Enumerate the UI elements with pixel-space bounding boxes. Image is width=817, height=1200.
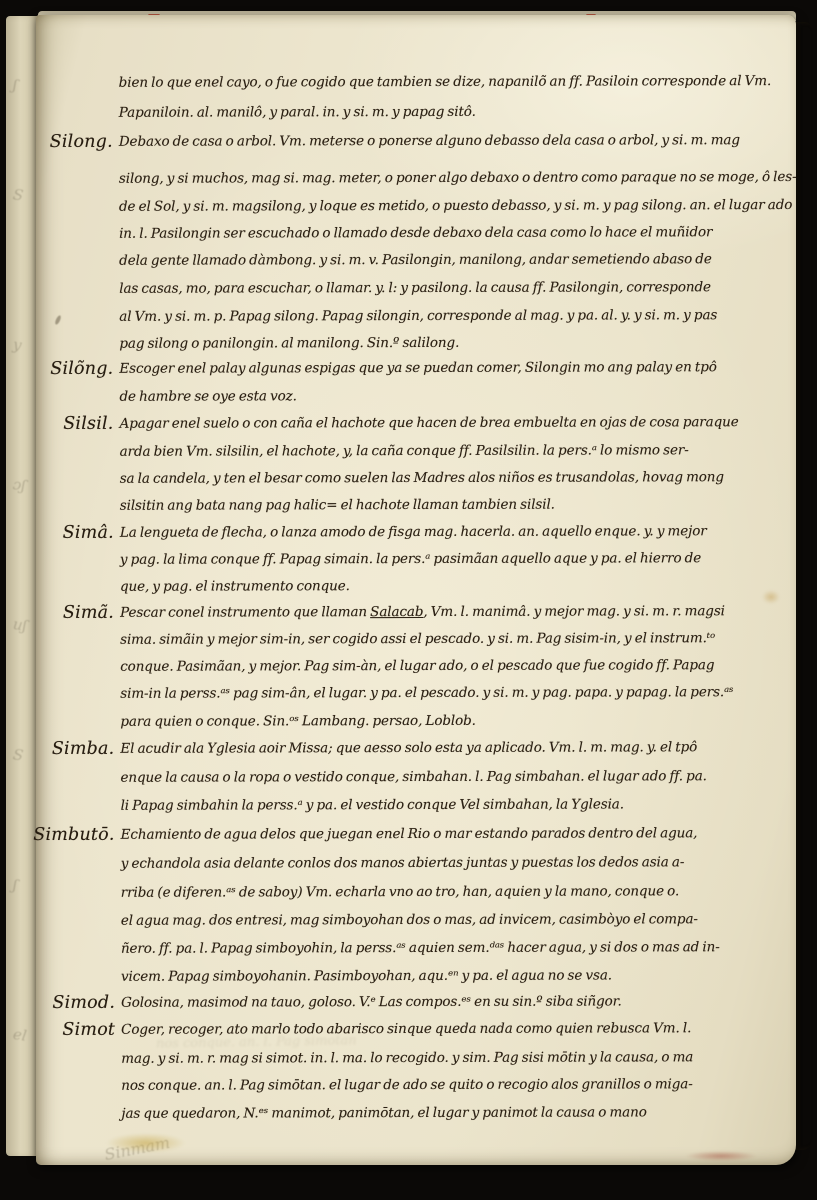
line-text: mag. y si. m. r. mag si simot. in. l. ma… [121,1049,693,1066]
line-text: sima. simãin y mejor sim-in, ser cogido … [120,630,715,648]
line-text: Pescar conel instrumento que llaman Sala… [120,603,725,621]
manuscript-line: sima. simãin y mejor sim-in, ser cogido … [120,628,715,652]
line-text: Escoger enel palay algunas espigas que y… [119,359,716,377]
line-text: ñero. ff. pa. l. Papag simboyohin, la pe… [121,939,720,957]
line-text: bien lo que enel cayo, o fue cogido que … [119,73,772,91]
manuscript-line: rriba (e diferen.ᵃˢ de saboy) Vm. echarl… [121,881,679,904]
line-text: jas que quedaron, N.ᵉˢ manimot, panimōta… [121,1104,646,1121]
manuscript-line: vicem. Papag simboyohanin. Pasimboyohan,… [121,965,612,988]
manuscript-line: sim-in la perss.ᵃˢ pag sim-ân, el lugar.… [120,682,733,706]
manuscript-line: silsitin ang bata nang pag halic= el hac… [120,495,555,518]
manuscript-line: enque la causa o la ropa o vestido conqu… [120,766,706,790]
ghost-ink-mark: S [12,185,25,204]
manuscript-line: jas que quedaron, N.ᵉˢ manimot, panimōta… [121,1102,646,1125]
scanned-manuscript-photo: { "manuscript": { "ghost_word": "Sinmam"… [0,0,817,1200]
manuscript-line: dela gente llamado dàmbong. y si. m. v. … [119,249,712,273]
manuscript-line: Silsil.Apagar enel suelo o con caña el h… [120,412,739,436]
manuscript-line: Simã.Pescar conel instrumento que llaman… [120,601,725,625]
entry-headword: Silõng. [50,359,113,379]
handwritten-text-block: bien lo que enel cayo, o fue cogido que … [34,14,797,1166]
line-text: in. l. Pasilongin ser escuchado o llamad… [119,224,712,242]
line-text: sa la candela, y ten el besar como suele… [120,469,724,487]
line-text: para quien o conque. Sin.ᵒˢ Lambang. per… [120,713,476,730]
manuscript-line: Silong.Debaxo de casa o arbol. Vm. meter… [119,130,740,154]
manuscript-page: bien lo que enel cayo, o fue cogido que … [36,15,796,1165]
book-fore-edge [795,22,813,1150]
manuscript-line: de el Sol, y si. m. magsilong, y loque e… [119,195,792,219]
ghost-ink-mark: ʃ [12,876,19,894]
line-text: li Papag simbahin la perss.ᵃ y pa. el ve… [121,796,624,813]
line-text: conque. Pasimãan, y mejor. Pag sim-àn, e… [120,657,714,675]
entry-headword: Simã. [63,603,114,623]
ghost-ink-mark: el [12,1025,28,1045]
manuscript-line: Papaniloin. al. manilô, y paral. in. y s… [119,102,476,125]
manuscript-line: arda bien Vm. silsilin, el hachote, y, l… [120,440,689,463]
entry-headword: Silong. [50,132,113,152]
line-text: sim-in la perss.ᵃˢ pag sim-ân, el lugar.… [120,684,733,702]
line-text: Echamiento de agua delos que juegan enel… [121,825,698,843]
line-text: al Vm. y si. m. p. Papag silong. Papag s… [119,307,717,325]
manuscript-line: sa la candela, y ten el besar como suele… [120,467,724,491]
line-text: pag silong o panilongin. al manilong. Si… [119,335,459,352]
underlined-word: Salacab [370,604,423,620]
ghost-ink-mark: y [12,335,23,354]
entry-headword: Simba. [52,739,115,759]
line-text: dela gente llamado dàmbong. y si. m. v. … [119,251,712,269]
entry-headword: Simot [62,1020,115,1040]
ghost-ink-mark: ɔʃ [12,475,27,495]
entry-headword: Simod. [52,993,115,1013]
manuscript-line: de hambre se oye esta voz. [119,386,296,408]
manuscript-line: in. l. Pasilongin ser escuchado o llamad… [119,222,712,246]
ghost-ink-mark: ʃ [12,76,19,94]
manuscript-line: al Vm. y si. m. p. Papag silong. Papag s… [119,305,717,329]
manuscript-line: conque. Pasimãan, y mejor. Pag sim-àn, e… [120,655,714,679]
line-text: Papaniloin. al. manilô, y paral. in. y s… [119,104,476,121]
previous-page-edge: ʃSyɔʃuʃSʃel [6,16,38,1156]
line-text: que, y pag. el instrumento conque. [120,578,350,595]
line-text: de hambre se oye esta voz. [119,388,296,404]
ghost-ink-mark: uʃ [12,615,28,635]
line-text: La lengueta de flecha, o lanza amodo de … [120,523,707,541]
line-text: las casas, mo, para escuchar, o llamar. … [119,279,711,297]
line-text: y echandola asia delante conlos dos mano… [121,854,685,871]
line-text: silsitin ang bata nang pag halic= el hac… [120,497,555,514]
line-text: El acudir ala Yglesia aoir Missa; que ae… [120,739,697,757]
manuscript-line: ñero. ff. pa. l. Papag simboyohin, la pe… [121,937,720,961]
line-text: Golosina, masimod na tauo, goloso. V.ᵉ L… [121,993,622,1010]
line-text: rriba (e diferen.ᵃˢ de saboy) Vm. echarl… [121,883,679,900]
line-text: de el Sol, y si. m. magsilong, y loque e… [119,197,792,215]
line-text: y pag. la lima conque ff. Papag simain. … [120,550,701,568]
entry-headword: Simâ. [63,523,114,543]
line-text: el agua mag. dos entresi, mag simboyohan… [121,911,698,929]
manuscript-line: Simâ.La lengueta de flecha, o lanza amod… [120,521,707,545]
line-text: enque la causa o la ropa o vestido conqu… [120,768,706,786]
line-text: silong, y si muchos, mag si. mag. meter,… [119,169,797,187]
manuscript-line: mag. y si. m. r. mag si simot. in. l. ma… [121,1047,693,1070]
manuscript-line: Simba.El acudir ala Yglesia aoir Missa; … [120,737,697,761]
manuscript-line: pag silong o panilongin. al manilong. Si… [119,333,459,356]
manuscript-line: bien lo que enel cayo, o fue cogido que … [119,71,772,95]
entry-headword: Silsil. [63,414,113,434]
line-text: Apagar enel suelo o con caña el hachote … [120,414,739,432]
manuscript-line: silong, y si muchos, mag si. mag. meter,… [119,167,797,191]
line-text: nos conque. an. l. Pag simōtan. el lugar… [121,1076,692,1093]
manuscript-line: para quien o conque. Sin.ᵒˢ Lambang. per… [120,711,476,734]
manuscript-line: li Papag simbahin la perss.ᵃ y pa. el ve… [121,794,624,817]
line-text: Debaxo de casa o arbol. Vm. meterse o po… [119,132,740,150]
manuscript-line: Simod.Golosina, masimod na tauo, goloso.… [121,991,622,1014]
manuscript-line: Simbutō.Echamiento de agua delos que jue… [121,823,698,847]
manuscript-line: las casas, mo, para escuchar, o llamar. … [119,277,711,301]
manuscript-line: el agua mag. dos entresi, mag simboyohan… [121,909,698,933]
manuscript-line: Silõng.Escoger enel palay algunas espiga… [119,357,716,381]
manuscript-line: que, y pag. el instrumento conque. [120,576,350,599]
ghost-ink-mark: S [12,745,25,764]
entry-headword: Simbutō. [33,825,114,845]
manuscript-line: y echandola asia delante conlos dos mano… [121,852,685,875]
manuscript-line: y pag. la lima conque ff. Papag simain. … [120,548,701,572]
line-text: arda bien Vm. silsilin, el hachote, y, l… [120,442,689,459]
line-text: vicem. Papag simboyohanin. Pasimboyohan,… [121,967,612,984]
manuscript-line: nos conque. an. l. Pag simōtan. el lugar… [121,1074,692,1097]
